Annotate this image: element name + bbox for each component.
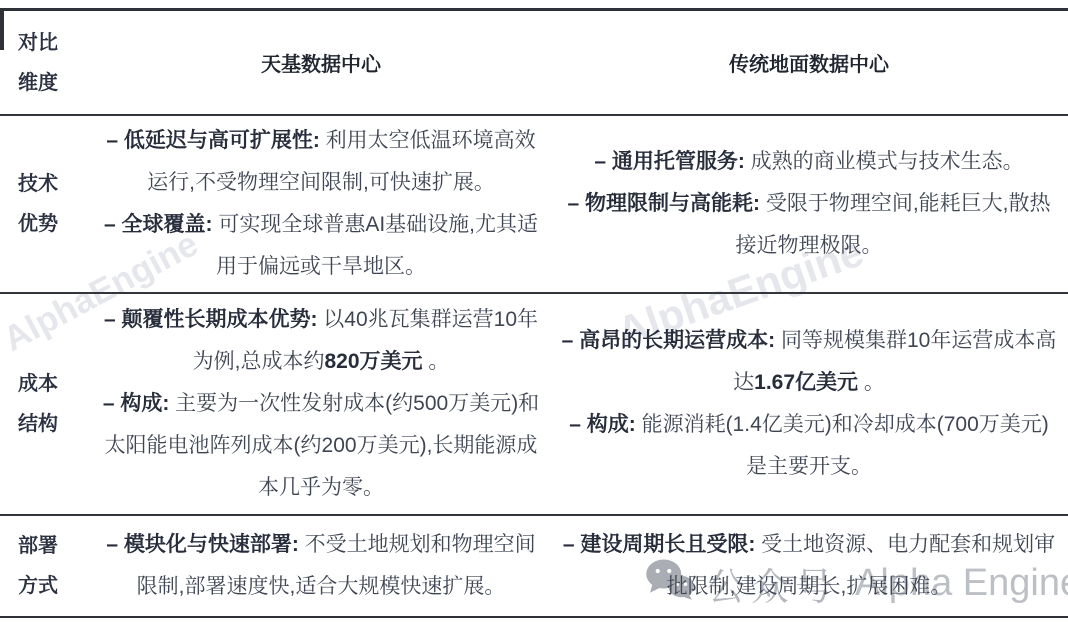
table-row-tech-advantage: 技术 优势 – 低延迟与高可扩展性: 利用太空低温环境高效运行,不受物理空间限制…: [0, 114, 1068, 292]
header-dimension-line1: 对比: [18, 23, 92, 63]
dimension-line: 优势: [18, 204, 92, 244]
bullet-item: – 低延迟与高可扩展性: 利用太空低温环境高效运行,不受物理空间限制,可快速扩展…: [102, 120, 540, 204]
dimension-line: 部署: [18, 526, 92, 566]
ground-cell-deploy: – 建设周期长且受限: 受土地资源、电力配套和规划审批限制,建设周期长,扩展困难…: [550, 516, 1068, 616]
bullet-item: – 物理限制与高能耗: 受限于物理空间,能耗巨大,散热接近物理极限。: [560, 183, 1058, 267]
row-dimension-cell: 技术 优势: [0, 116, 92, 292]
bullet-item: – 全球覆盖: 可实现全球普惠AI基础设施,尤其适用于偏远或干旱地区。: [102, 204, 540, 288]
table-row-cost-structure: 成本 结构 – 颠覆性长期成本优势: 以40兆瓦集群运营10年为例,总成本约82…: [0, 292, 1068, 514]
header-space-datacenter: 天基数据中心: [92, 11, 550, 114]
space-cell-tech: – 低延迟与高可扩展性: 利用太空低温环境高效运行,不受物理空间限制,可快速扩展…: [92, 116, 550, 292]
bullet-item: – 颠覆性长期成本优势: 以40兆瓦集群运营10年为例,总成本约820万美元 。: [102, 299, 540, 383]
bullet-item: – 模块化与快速部署: 不受土地规划和物理空间限制,部署速度快,适合大规模快速扩…: [102, 524, 540, 608]
bullet-item: – 高昂的长期运营成本: 同等规模集群10年运营成本高达1.67亿美元 。: [560, 320, 1058, 404]
comparison-table-page: AlphaEngine AlphaEngine 公众号 Alpha E: [0, 0, 1068, 622]
bullet-item: – 建设周期长且受限: 受土地资源、电力配套和规划审批限制,建设周期长,扩展困难…: [560, 524, 1058, 608]
bullet-item: – 构成: 主要为一次性发射成本(约500万美元)和太阳能电池阵列成本(约200…: [102, 383, 540, 509]
header-dimension-line2: 维度: [18, 63, 92, 103]
table-header-row: 对比 维度 天基数据中心 传统地面数据中心: [0, 11, 1068, 114]
bullet-item: – 构成: 能源消耗(1.4亿美元)和冷却成本(700万美元)是主要开支。: [560, 404, 1058, 488]
ground-cell-cost: – 高昂的长期运营成本: 同等规模集群10年运营成本高达1.67亿美元 。– 构…: [550, 294, 1068, 514]
dimension-line: 方式: [18, 566, 92, 606]
dimension-line: 技术: [18, 164, 92, 204]
header-dimension-cell: 对比 维度: [0, 11, 92, 114]
table-row-deployment: 部署 方式 – 模块化与快速部署: 不受土地规划和物理空间限制,部署速度快,适合…: [0, 514, 1068, 616]
header-ground-datacenter: 传统地面数据中心: [550, 11, 1068, 114]
bullet-item: – 通用托管服务: 成熟的商业模式与技术生态。: [560, 141, 1058, 183]
row-dimension-cell: 成本 结构: [0, 294, 92, 514]
dimension-line: 结构: [18, 404, 92, 444]
space-cell-deploy: – 模块化与快速部署: 不受土地规划和物理空间限制,部署速度快,适合大规模快速扩…: [92, 516, 550, 616]
space-cell-cost: – 颠覆性长期成本优势: 以40兆瓦集群运营10年为例,总成本约820万美元 。…: [92, 294, 550, 514]
ground-cell-tech: – 通用托管服务: 成熟的商业模式与技术生态。– 物理限制与高能耗: 受限于物理…: [550, 116, 1068, 292]
comparison-table: 对比 维度 天基数据中心 传统地面数据中心 技术 优势 – 低延迟与高可扩展性:…: [0, 8, 1068, 618]
row-dimension-cell: 部署 方式: [0, 516, 92, 616]
dimension-line: 成本: [18, 364, 92, 404]
table-left-border-stub: [0, 8, 4, 50]
